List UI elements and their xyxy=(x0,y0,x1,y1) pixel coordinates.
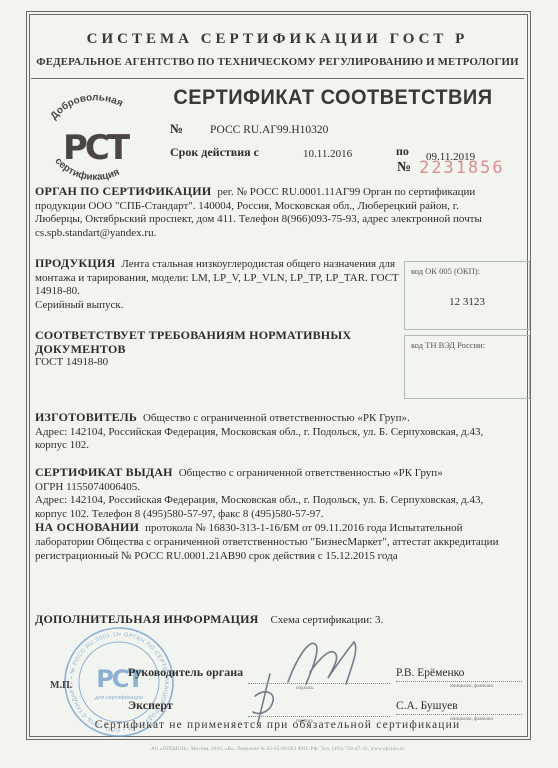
conformity-documents: ГОСТ 14918-80 xyxy=(35,356,415,370)
basis-section: НА ОСНОВАНИИпротокола № 16830-313-1-16/Б… xyxy=(35,521,513,563)
registration-number: РОСС RU.АГ99.Н10320 xyxy=(210,124,328,136)
issued-to-section: СЕРТИФИКАТ ВЫДАНОбщество с ограниченной … xyxy=(35,466,513,563)
product-serial: Серийный выпуск. xyxy=(35,299,405,313)
certification-body-label: ОРГАН ПО СЕРТИФИКАЦИИ xyxy=(35,184,211,198)
certificate-page: СИСТЕМА СЕРТИФИКАЦИИ ГОСТ Р ФЕДЕРАЛЬНОЕ … xyxy=(0,0,558,768)
rst-voluntary-certification-logo-icon: Добровольная сертификация РСТ xyxy=(36,82,154,190)
svg-text:РСТ: РСТ xyxy=(63,128,131,168)
issued-to-name: Общество с ограниченной ответственностью… xyxy=(179,467,443,479)
manufacturer-name: Общество с ограниченной ответственностью… xyxy=(143,412,410,424)
manufacturer-section: ИЗГОТОВИТЕЛЬОбщество с ограниченной отве… xyxy=(35,411,513,453)
okp-code-box: код ОК 005 (ОКП): 12 3123 xyxy=(404,261,530,330)
head-of-body-role: Руководитель органа xyxy=(128,665,243,680)
stamp-place-label: М.П. xyxy=(50,680,72,691)
manufacturer-address: Адрес: 142104, Российская Федерация, Мос… xyxy=(35,426,513,453)
issued-to-label: СЕРТИФИКАТ ВЫДАН xyxy=(35,465,173,479)
certificate-title: СЕРТИФИКАТ СООТВЕТСТВИЯ xyxy=(140,86,526,110)
head-name-line xyxy=(396,681,522,682)
issued-to-address: Адрес: 142104, Российская Федерация, Мос… xyxy=(35,494,513,521)
conformity-label: СООТВЕТСТВУЕТ ТРЕБОВАНИЯМ НОРМАТИВНЫХ ДО… xyxy=(35,329,415,356)
expert-name: С.А. Бушуев xyxy=(396,700,458,712)
expert-role: Эксперт xyxy=(128,698,173,713)
product-label: ПРОДУКЦИЯ xyxy=(35,256,115,270)
head-name-caption: инициалы, фамилия xyxy=(450,684,493,689)
system-heading: СИСТЕМА СЕРТИФИКАЦИИ ГОСТ Р xyxy=(26,31,529,48)
conformity-section: СООТВЕТСТВУЕТ ТРЕБОВАНИЯМ НОРМАТИВНЫХ ДО… xyxy=(35,329,415,370)
manufacturer-label: ИЗГОТОВИТЕЛЬ xyxy=(35,410,137,424)
head-signature-caption: подпись xyxy=(296,686,313,691)
svg-text:Добровольная: Добровольная xyxy=(49,92,125,122)
agency-heading: ФЕДЕРАЛЬНОЕ АГЕНТСТВО ПО ТЕХНИЧЕСКОМУ РЕ… xyxy=(26,56,529,68)
head-name: Р.В. Ерёменко xyxy=(396,667,464,679)
product-section: ПРОДУКЦИЯЛента стальная низкоуглеродиста… xyxy=(35,257,405,312)
to-label: по xyxy=(396,144,409,159)
expert-signature-line xyxy=(248,716,390,717)
basis-label: НА ОСНОВАНИИ xyxy=(35,520,139,534)
form-printer-note: АО «ОПЦИОН», Москва, 2016, «В». Лицензия… xyxy=(26,747,529,752)
certification-body-section: ОРГАН ПО СЕРТИФИКАЦИИрег. № РОСС RU.0001… xyxy=(35,185,505,240)
head-signature-line xyxy=(248,683,390,684)
tnved-code-box: код ТН ВЭД России: xyxy=(404,335,530,399)
okp-code-label: код ОК 005 (ОКП): xyxy=(411,266,480,276)
additional-info-text: Схема сертификации: 3. xyxy=(271,614,384,626)
tnved-code-label: код ТН ВЭД России: xyxy=(411,340,485,350)
okp-code-value: 12 3123 xyxy=(405,296,529,308)
number-sign: № xyxy=(170,121,183,137)
blank-number: 2231856 xyxy=(419,158,505,178)
validity-label: Срок действия с xyxy=(170,145,259,160)
valid-from-date: 10.11.2016 xyxy=(303,148,352,160)
blank-number-sign: № xyxy=(397,160,411,176)
expert-name-line xyxy=(396,714,522,715)
header-separator xyxy=(31,78,524,79)
issued-to-ogrn: ОГРН 1155074006405. xyxy=(35,481,513,495)
not-for-mandatory-certification-note: Сертификат не применяется при обязательн… xyxy=(26,719,529,731)
